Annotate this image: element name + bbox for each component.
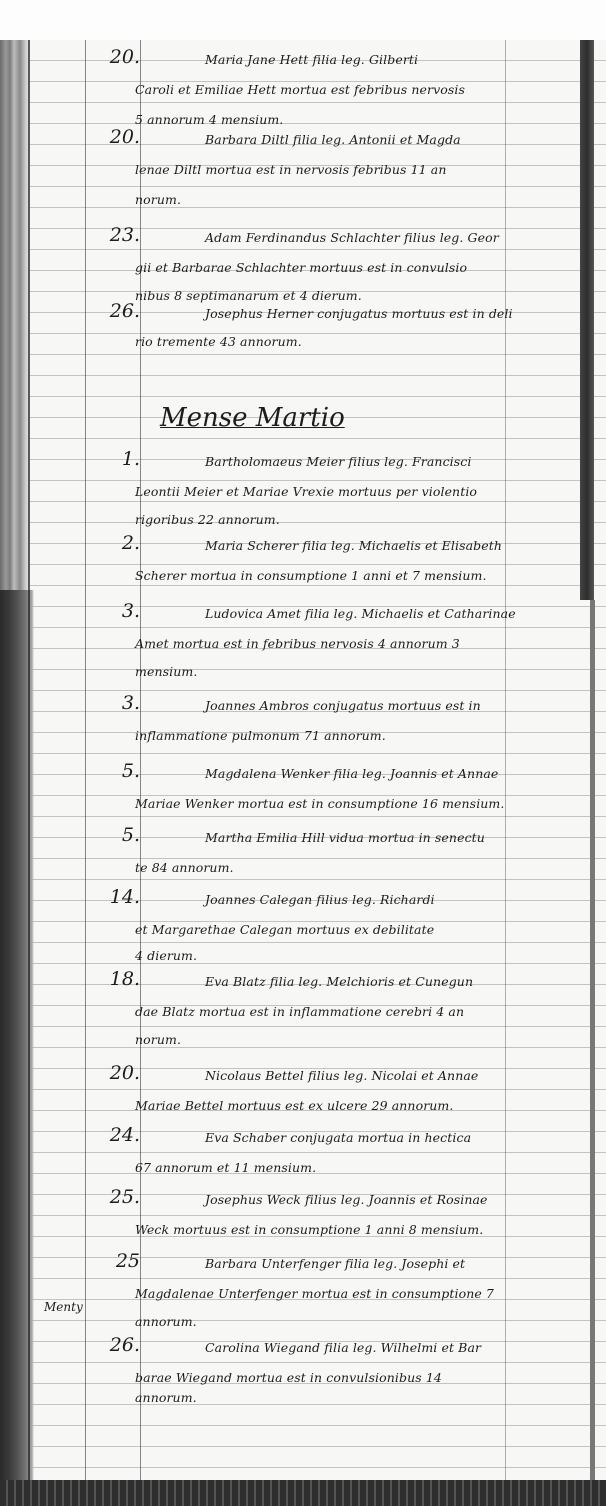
entry-line: inflammatione pulmonum 71 annorum.	[135, 728, 386, 743]
entry-day: 24.	[96, 1124, 140, 1146]
entry-day: 23.	[96, 224, 140, 246]
entry-line: rio tremente 43 annorum.	[135, 334, 302, 349]
entry-line: Mariae Bettel mortuus est ex ulcere 29 a…	[135, 1098, 453, 1113]
column-rule	[140, 40, 141, 1480]
entry-line: gii et Barbarae Schlachter mortuus est i…	[135, 260, 467, 275]
entry-line: dae Blatz mortua est in inflammatione ce…	[135, 1004, 464, 1019]
entry-line: Adam Ferdinandus Schlachter filius leg. …	[205, 230, 499, 245]
entry-day: 3.	[96, 692, 140, 714]
entry-line: et Margarethae Calegan mortuus ex debili…	[135, 922, 434, 937]
entry-line: Barbara Diltl filia leg. Antonii et Magd…	[205, 132, 461, 147]
entry-line: 4 dierum.	[135, 948, 197, 963]
entry-day: 26.	[96, 1334, 140, 1356]
entry-line: Martha Emilia Hill vidua mortua in senec…	[205, 830, 485, 845]
entry-line: Magdalena Wenker filia leg. Joannis et A…	[205, 766, 498, 781]
entry-line: barae Wiegand mortua est in convulsionib…	[135, 1370, 442, 1385]
margin-note: Menty	[44, 1300, 83, 1314]
entry-line: Carolina Wiegand filia leg. Wilhelmi et …	[205, 1340, 481, 1355]
entry-line: norum.	[135, 1032, 181, 1047]
entry-line: Leontii Meier et Mariae Vrexie mortuus p…	[135, 484, 477, 499]
entry-line: Joannes Ambros conjugatus mortuus est in	[205, 698, 481, 713]
entry-day: 14.	[96, 886, 140, 908]
entry-line: Bartholomaeus Meier filius leg. Francisc…	[205, 454, 471, 469]
entry-day: 18.	[96, 968, 140, 990]
entry-line: Weck mortuus est in consumptione 1 anni …	[135, 1222, 483, 1237]
entry-day: 20.	[96, 1062, 140, 1084]
right-margin-rule	[590, 600, 595, 1506]
entry-line: Maria Jane Hett filia leg. Gilberti	[205, 52, 418, 67]
entry-line: Maria Scherer filia leg. Michaelis et El…	[205, 538, 502, 553]
entry-line: annorum.	[135, 1390, 197, 1405]
entry-day: 26.	[96, 300, 140, 322]
top-margin	[0, 0, 606, 40]
entry-line: 5 annorum 4 mensium.	[135, 112, 283, 127]
column-rule	[28, 40, 30, 1480]
entry-line: Scherer mortua in consumptione 1 anni et…	[135, 568, 487, 583]
entry-day: 3.	[96, 600, 140, 622]
entry-line: Magdalenae Unterfenger mortua est in con…	[135, 1286, 494, 1301]
entry-day: 2.	[96, 532, 140, 554]
entry-line: norum.	[135, 192, 181, 207]
month-heading: Mense Martio	[160, 403, 345, 433]
entry-line: Barbara Unterfenger filia leg. Josephi e…	[205, 1256, 465, 1271]
entry-line: mensium.	[135, 664, 197, 679]
entry-line: lenae Diltl mortua est in nervosis febri…	[135, 162, 447, 177]
entry-line: te 84 annorum.	[135, 860, 234, 875]
entry-line: Eva Blatz filia leg. Melchioris et Cuneg…	[205, 974, 473, 989]
entry-line: rigoribus 22 annorum.	[135, 512, 280, 527]
entry-line: Ludovica Amet filia leg. Michaelis et Ca…	[205, 606, 516, 621]
column-rule	[505, 40, 506, 1480]
entry-line: 67 annorum et 11 mensium.	[135, 1160, 316, 1175]
entry-day: 1.	[96, 448, 140, 470]
entry-line: Josephus Herner conjugatus mortuus est i…	[205, 306, 513, 321]
entry-line: annorum.	[135, 1314, 197, 1329]
entry-line: Caroli et Emiliae Hett mortua est febrib…	[135, 82, 465, 97]
column-rule	[85, 40, 86, 1480]
scan-bottom-edge	[0, 1480, 606, 1506]
right-binding-edge	[580, 40, 594, 600]
entry-day: 5.	[96, 824, 140, 846]
entry-line: Amet mortua est in febribus nervosis 4 a…	[135, 636, 460, 651]
entry-day: 20.	[96, 126, 140, 148]
entry-line: Eva Schaber conjugata mortua in hectica	[205, 1130, 471, 1145]
entry-line: nibus 8 septimanarum et 4 dierum.	[135, 288, 362, 303]
entry-day: 25.	[96, 1186, 140, 1208]
entry-line: Nicolaus Bettel filius leg. Nicolai et A…	[205, 1068, 478, 1083]
entry-day: 25	[96, 1250, 140, 1272]
entry-line: Mariae Wenker mortua est in consumptione…	[135, 796, 504, 811]
entry-day: 5.	[96, 760, 140, 782]
entry-day: 20.	[96, 46, 140, 68]
entry-line: Josephus Weck filius leg. Joannis et Ros…	[205, 1192, 488, 1207]
entry-line: Joannes Calegan filius leg. Richardi	[205, 892, 435, 907]
